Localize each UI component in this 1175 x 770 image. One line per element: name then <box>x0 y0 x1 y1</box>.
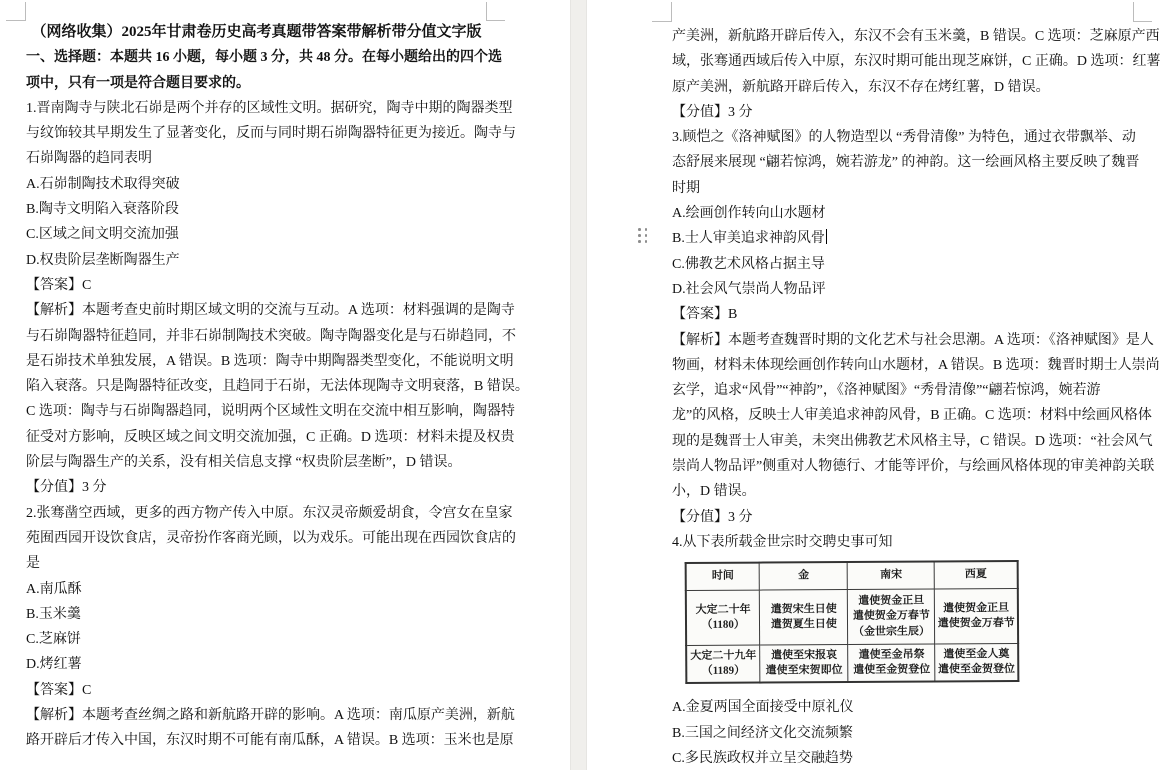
text-line[interactable]: A.南瓜酥 <box>26 577 487 602</box>
scan-speck-artifact <box>866 611 869 614</box>
table-header-cell: 西夏 <box>935 561 1018 589</box>
text-line[interactable]: 【答案】C <box>26 273 487 298</box>
table-cell: 遣使至金人奠 遣使至金贺登位 <box>935 644 1018 682</box>
page-2-text-after-table: A.金夏两国全面接受中原礼仪 B.三国之间经济文化交流频繁 C.多民族政权并立呈… <box>672 695 1133 770</box>
text-line[interactable]: A.绘画创作转向山水题材 <box>672 201 1133 226</box>
text-line[interactable]: B.陶寺文明陷入衰落阶段 <box>26 197 487 222</box>
text-line[interactable]: 4.从下表所载金世宗时交聘史事可知 <box>672 530 1133 555</box>
text-line[interactable]: 域，张骞通西域后传入中原，东汉时期可能出现芝麻饼，C 正确。D 选项：红薯 <box>672 49 1133 74</box>
text-line[interactable]: D.社会风气崇尚人物品评 <box>672 277 1133 302</box>
text-boundary-mark-icon <box>486 2 505 21</box>
text-line[interactable]: 阶层与陶器生产的关系，没有相关信息支撑 “权贵阶层垄断”，D 错误。 <box>26 450 487 475</box>
text-line[interactable]: 2.张骞凿空西域，更多的西方物产传入中原。东汉灵帝颇爱胡食，令宫女在皇家 <box>26 501 487 526</box>
text-line[interactable]: 苑囿西园开设饮食店，灵帝扮作客商光顾，以为戏乐。可能出现在西园饮食店的 <box>26 526 487 551</box>
page-2: 产美洲，新航路开辟后传入，东汉不会有玉米羹，B 错误。C 选项：芝麻原产西 域，… <box>587 0 1175 770</box>
text-line[interactable]: （网络收集）2025年甘肃卷历史高考真题带答案带解析带分值文字版 <box>26 20 487 45</box>
text-line[interactable]: C.区域之间文明交流加强 <box>26 222 487 247</box>
table-cell: 大定二十九年 （1189） <box>686 645 760 683</box>
text-line[interactable]: C.芝麻饼 <box>26 627 487 652</box>
table-cell: 大定二十年 （1180） <box>686 590 760 645</box>
text-line[interactable]: 3.顾恺之《洛神赋图》的人物造型以 “秀骨清像” 为特色，通过衣带飘举、动 <box>672 125 1133 150</box>
table-cell: 遣使贺金正旦 遣使贺金万春节 （金世宗生辰） <box>848 589 935 645</box>
text-line[interactable]: 玄学，追求“风骨”“神韵”，《洛神赋图》“秀骨清像”“翩若惊鸿，婉若游 <box>672 378 1133 403</box>
text-line[interactable]: C.多民族政权并立呈交融趋势 <box>672 746 1133 770</box>
page-2-text-column[interactable]: 产美洲，新航路开辟后传入，东汉不会有玉米羹，B 错误。C 选项：芝麻原产西 域，… <box>672 24 1133 770</box>
text-line[interactable]: 小，D 错误。 <box>672 479 1133 504</box>
table-header-cell: 金 <box>759 562 847 590</box>
text-line[interactable]: 【解析】本题考查史前时期区域文明的交流与互动。A 选项：材料强调的是陶寺 <box>26 298 487 323</box>
text-line-with-caret[interactable]: B.士人审美追求神韵风骨 <box>672 226 1133 251</box>
page-2-text-before-table: 产美洲，新航路开辟后传入，东汉不会有玉米羹，B 错误。C 选项：芝麻原产西 域，… <box>672 24 1133 555</box>
text-line[interactable]: 现的是魏晋士人审美，未突出佛教艺术风格主导，C 错误。D 选项：“社会风气 <box>672 429 1133 454</box>
text-line[interactable]: 崇尚人物品评”侧重对人物德行、才能等评价，与绘画风格体现的审美神韵关联 <box>672 454 1133 479</box>
text-line[interactable]: 项中，只有一项是符合题目要求的。 <box>26 71 487 96</box>
text-line[interactable]: 与石峁陶器特征趋同，并非石峁制陶技术突破。陶寺陶器变化是与石峁趋同，不 <box>26 324 487 349</box>
table-cell: 遣使至金吊祭 遣使至金贺登位 <box>848 644 935 682</box>
question-4-table[interactable]: 时间金南宋西夏大定二十年 （1180）遣贺宋生日使 遣贺夏生日使遣使贺金正旦 遣… <box>685 560 1020 684</box>
text-line[interactable]: 【分值】3 分 <box>26 475 487 500</box>
paragraph-drag-handle-icon[interactable] <box>638 228 648 244</box>
text-line[interactable]: D.烤红薯 <box>26 652 487 677</box>
text-line[interactable]: 陷入衰落。只是陶器特征改变，且趋同于石峁，无法体现陶寺文明衰落，B 错误。 <box>26 374 487 399</box>
text-line[interactable]: 时期 <box>672 176 1133 201</box>
text-line[interactable]: 【答案】B <box>672 302 1133 327</box>
text-line[interactable]: 是石峁技术单独发展，A 错误。B 选项：陶寺中期陶器类型变化，不能说明文明 <box>26 349 487 374</box>
text-line[interactable]: 是 <box>26 551 487 576</box>
text-boundary-mark-icon <box>1133 2 1152 22</box>
document-editor-view: { "app": { "view": "word-processor two-p… <box>0 0 1175 770</box>
text-line[interactable]: 【解析】本题考查魏晋时期的文化艺术与社会思潮。A 选项：《洛神赋图》是人 <box>672 328 1133 353</box>
text-line[interactable]: 原产美洲，新航路开辟后传入，东汉不存在烤红薯，D 错误。 <box>672 75 1133 100</box>
text-line[interactable]: 【分值】3 分 <box>672 505 1133 530</box>
text-line[interactable]: 石峁陶器的趋同表明 <box>26 146 487 171</box>
text-line[interactable]: B.玉米羹 <box>26 602 487 627</box>
text-line[interactable]: 与纹饰较其早期发生了显著变化，反而与同时期石峁陶器特征更为接近。陶寺与 <box>26 121 487 146</box>
text-line[interactable]: B.三国之间经济文化交流频繁 <box>672 721 1133 746</box>
text-line[interactable]: C 选项：陶寺与石峁陶器趋同，说明两个区域性文明在交流中相互影响，陶器特 <box>26 399 487 424</box>
text-line[interactable]: 【分值】3 分 <box>672 100 1133 125</box>
text-boundary-mark-icon <box>6 2 26 21</box>
text-line[interactable]: 路开辟后才传入中国，东汉时期不可能有南瓜酥，A 错误。B 选项：玉米也是原 <box>26 728 487 753</box>
text-line[interactable]: 态舒展来展现 “翩若惊鸿，婉若游龙” 的神韵。这一绘画风格主要反映了魏晋 <box>672 150 1133 175</box>
text-line[interactable]: 征受对方影响，反映区域之间文明交流加强，C 正确。D 选项：材料未提及权贵 <box>26 425 487 450</box>
table-cell: 遣使至宋报哀 遣使至宋贺即位 <box>760 645 848 683</box>
text-line[interactable]: 一、选择题：本题共 16 小题，每小题 3 分，共 48 分。在每小题给出的四个… <box>26 45 487 70</box>
text-line[interactable]: 【解析】本题考查丝绸之路和新航路开辟的影响。A 选项：南瓜原产美洲，新航 <box>26 703 487 728</box>
page-gap <box>570 0 587 770</box>
text-line[interactable]: 1.晋南陶寺与陕北石峁是两个并存的区域性文明。据研究，陶寺中期的陶器类型 <box>26 96 487 121</box>
text-line[interactable]: A.金夏两国全面接受中原礼仪 <box>672 695 1133 720</box>
text-line[interactable]: 龙”的风格，反映士人审美追求神韵风骨，B 正确。C 选项：材料中绘画风格体 <box>672 403 1133 428</box>
text-line[interactable]: 产美洲，新航路开辟后传入，东汉不会有玉米羹，B 错误。C 选项：芝麻原产西 <box>672 24 1133 49</box>
table-header-cell: 时间 <box>686 563 760 591</box>
table-header-cell: 南宋 <box>848 562 935 590</box>
text-line[interactable]: 【答案】C <box>26 678 487 703</box>
table-row: 大定二十九年 （1189）遣使至宋报哀 遣使至宋贺即位遣使至金吊祭 遣使至金贺登… <box>686 644 1018 684</box>
text-line[interactable]: D.权贵阶层垄断陶器生产 <box>26 248 487 273</box>
table-cell: 遣使贺金正旦 遣使贺金万春节 <box>935 589 1018 645</box>
text-boundary-mark-icon <box>652 2 672 22</box>
page-1-text-column[interactable]: （网络收集）2025年甘肃卷历史高考真题带答案带解析带分值文字版 一、选择题：本… <box>26 20 487 754</box>
table-row: 大定二十年 （1180）遣贺宋生日使 遣贺夏生日使遣使贺金正旦 遣使贺金万春节 … <box>686 589 1018 646</box>
text-line[interactable]: A.石峁制陶技术取得突破 <box>26 172 487 197</box>
page-1: （网络收集）2025年甘肃卷历史高考真题带答案带解析带分值文字版 一、选择题：本… <box>0 0 570 770</box>
table-cell: 遣贺宋生日使 遣贺夏生日使 <box>760 590 849 646</box>
text-line[interactable]: C.佛教艺术风格占据主导 <box>672 252 1133 277</box>
text-line[interactable]: 物画，材料未体现绘画创作转向山水题材，A 错误。B 选项：魏晋时期士人崇尚 <box>672 353 1133 378</box>
